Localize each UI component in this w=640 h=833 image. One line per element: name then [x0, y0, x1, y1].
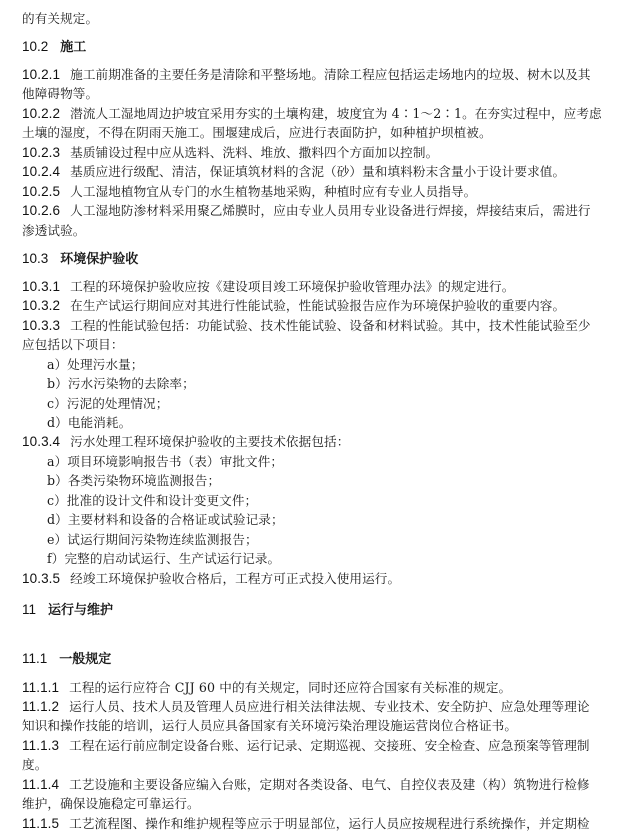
list-item: c）批准的设计文件和设计变更文件；: [47, 491, 257, 510]
clause-text: 工程的运行应符合 CJJ 60 中的有关规定，同时还应符合国家有关标准的规定。: [69, 680, 511, 695]
clause-text: 经竣工环境保护验收合格后，工程方可正式投入使用运行。: [70, 571, 400, 586]
clause-text: 工艺设施和主要设备应编入台账，定期对各类设备、电气、自控仪表及建（构）筑物进行检…: [69, 777, 589, 792]
clause-number: 10.3.2: [22, 298, 60, 313]
clause-11-1-1: 11.1.1工程的运行应符合 CJJ 60 中的有关规定，同时还应符合国家有关标…: [22, 678, 511, 697]
list-item: a）处理污水量；: [47, 355, 143, 374]
clause-10-3-3: 10.3.3工程的性能试验包括：功能试验、技术性能试验、设备和材料试验。其中，技…: [22, 316, 591, 335]
section-title: 一般规定: [59, 652, 111, 667]
section-heading-10-3: 10.3环境保护验收: [22, 249, 138, 269]
clause-10-3-3-cont: 应包括以下项目：: [22, 335, 124, 354]
clause-10-2-4: 10.2.4基质应进行级配、清洁，保证填筑材料的含泥（砂）量和填料粉末含量小于设…: [22, 162, 565, 181]
clause-number: 10.2.2: [22, 106, 60, 121]
clause-number: 11.1.2: [22, 699, 59, 714]
clause-10-2-2: 10.2.2潜流人工湿地周边护坡宜采用夯实的土壤构建，坡度宜为 4∶1～2∶1。…: [22, 104, 602, 123]
section-heading-10-2: 10.2施工: [22, 37, 86, 57]
clause-text: 基质应进行级配、清洁，保证填筑材料的含泥（砂）量和填料粉末含量小于设计要求值。: [70, 164, 565, 179]
clause-number: 10.2.5: [22, 184, 60, 199]
clause-text: 潜流人工湿地周边护坡宜采用夯实的土壤构建，坡度宜为 4∶1～2∶1。在夯实过程中…: [70, 106, 602, 121]
list-item: b）各类污染物环境监测报告；: [47, 471, 220, 490]
clause-number: 10.2.6: [22, 203, 60, 218]
continuation-text: 的有关规定。: [22, 9, 98, 28]
clause-number: 10.2.4: [22, 164, 60, 179]
clause-text: 工艺流程图、操作和维护规程等应示于明显部位，运行人员应按规程进行系统操作，并定期…: [69, 816, 589, 831]
clause-number: 11.1.3: [22, 738, 59, 753]
clause-text: 污水处理工程环境保护验收的主要技术依据包括：: [70, 434, 349, 449]
clause-11-1-2: 11.1.2运行人员、技术人员及管理人员应进行相关法律法规、专业技术、安全防护、…: [22, 697, 590, 716]
clause-10-3-4: 10.3.4污水处理工程环境保护验收的主要技术依据包括：: [22, 432, 349, 451]
clause-number: 10.3.5: [22, 571, 60, 586]
list-item: b）污水污染物的去除率；: [47, 374, 195, 393]
clause-text: 施工前期准备的主要任务是清除和平整场地。清除工程应包括运走场地内的垃圾、树木以及…: [70, 67, 590, 82]
clause-10-2-5: 10.2.5人工湿地植物宜从专门的水生植物基地采购，种植时应有专业人员指导。: [22, 182, 476, 201]
section-title: 施工: [60, 40, 86, 55]
list-item: e）试运行期间污染物连续监测报告；: [47, 530, 258, 549]
section-title: 环境保护验收: [60, 252, 138, 267]
clause-text: 人工湿地植物宜从专门的水生植物基地采购，种植时应有专业人员指导。: [70, 184, 476, 199]
clause-11-1-3-cont: 度。: [22, 755, 47, 774]
clause-11-1-4-cont: 维护，确保设施稳定可靠运行。: [22, 794, 200, 813]
clause-11-1-4: 11.1.4工艺设施和主要设备应编入台账，定期对各类设备、电气、自控仪表及建（构…: [22, 775, 590, 794]
clause-10-2-1: 10.2.1施工前期准备的主要任务是清除和平整场地。清除工程应包括运走场地内的垃…: [22, 65, 591, 84]
clause-text: 人工湿地防渗材料采用聚乙烯膜时，应由专业人员用专业设备进行焊接，焊接结束后，需进…: [70, 203, 590, 218]
clause-number: 10.2.1: [22, 67, 60, 82]
clause-text: 工程的性能试验包括：功能试验、技术性能试验、设备和材料试验。其中，技术性能试验至…: [70, 318, 590, 333]
document-page: 的有关规定。 10.2施工 10.2.1施工前期准备的主要任务是清除和平整场地。…: [0, 0, 640, 833]
clause-number: 11.1.5: [22, 816, 59, 831]
chapter-heading-11: 11运行与维护: [22, 600, 113, 620]
clause-number: 11.1.4: [22, 777, 59, 792]
clause-10-2-3: 10.2.3基质铺设过程中应从选料、洗料、堆放、撒料四个方面加以控制。: [22, 143, 438, 162]
chapter-title: 运行与维护: [48, 603, 113, 618]
clause-number: 10.2.3: [22, 145, 60, 160]
clause-11-1-3: 11.1.3工程在运行前应制定设备台账、运行记录、定期巡视、交接班、安全检查、应…: [22, 736, 590, 755]
clause-10-3-1: 10.3.1工程的环境保护验收应按《建设项目竣工环境保护验收管理办法》的规定进行…: [22, 277, 514, 296]
section-number: 11.1: [22, 651, 47, 666]
clause-10-2-1-cont: 他障碍物等。: [22, 84, 98, 103]
clause-10-2-2-cont: 土壤的湿度，不得在阴雨天施工。围堰建成后，应进行表面防护，如种植护坝植被。: [22, 123, 492, 142]
clause-10-2-6: 10.2.6人工湿地防渗材料采用聚乙烯膜时，应由专业人员用专业设备进行焊接，焊接…: [22, 201, 591, 220]
chapter-number: 11: [22, 602, 36, 617]
section-heading-11-1: 11.1一般规定: [22, 649, 111, 669]
section-number: 10.3: [22, 251, 48, 266]
clause-text: 工程的环境保护验收应按《建设项目竣工环境保护验收管理办法》的规定进行。: [70, 279, 514, 294]
clause-text: 运行人员、技术人员及管理人员应进行相关法律法规、专业技术、安全防护、应急处理等理…: [69, 699, 589, 714]
clause-text: 基质铺设过程中应从选料、洗料、堆放、撒料四个方面加以控制。: [70, 145, 438, 160]
clause-10-3-5: 10.3.5经竣工环境保护验收合格后，工程方可正式投入使用运行。: [22, 569, 400, 588]
clause-10-3-2: 10.3.2在生产试运行期间应对其进行性能试验，性能试验报告应作为环境保护验收的…: [22, 296, 565, 315]
list-item: a）项目环境影响报告书（表）审批文件；: [47, 452, 283, 471]
clause-11-1-2-cont: 知识和操作技能的培训，运行人员应具备国家有关环境污染治理设施运营岗位合格证书。: [22, 716, 517, 735]
section-number: 10.2: [22, 39, 48, 54]
list-item: d）主要材料和设备的合格证或试验记录；: [47, 510, 284, 529]
clause-number: 10.3.4: [22, 434, 60, 449]
list-item: d）电能消耗。: [47, 413, 131, 432]
clause-text: 工程在运行前应制定设备台账、运行记录、定期巡视、交接班、安全检查、应急预案等管理…: [69, 738, 589, 753]
clause-10-2-6-cont: 渗透试验。: [22, 221, 85, 240]
clause-number: 10.3.3: [22, 318, 60, 333]
clause-text: 在生产试运行期间应对其进行性能试验，性能试验报告应作为环境保护验收的重要内容。: [70, 298, 565, 313]
clause-11-1-5: 11.1.5工艺流程图、操作和维护规程等应示于明显部位，运行人员应按规程进行系统…: [22, 814, 590, 833]
clause-number: 11.1.1: [22, 680, 59, 695]
list-item: f）完整的启动试运行、生产试运行记录。: [47, 549, 280, 568]
list-item: c）污泥的处理情况；: [47, 394, 168, 413]
clause-number: 10.3.1: [22, 279, 60, 294]
